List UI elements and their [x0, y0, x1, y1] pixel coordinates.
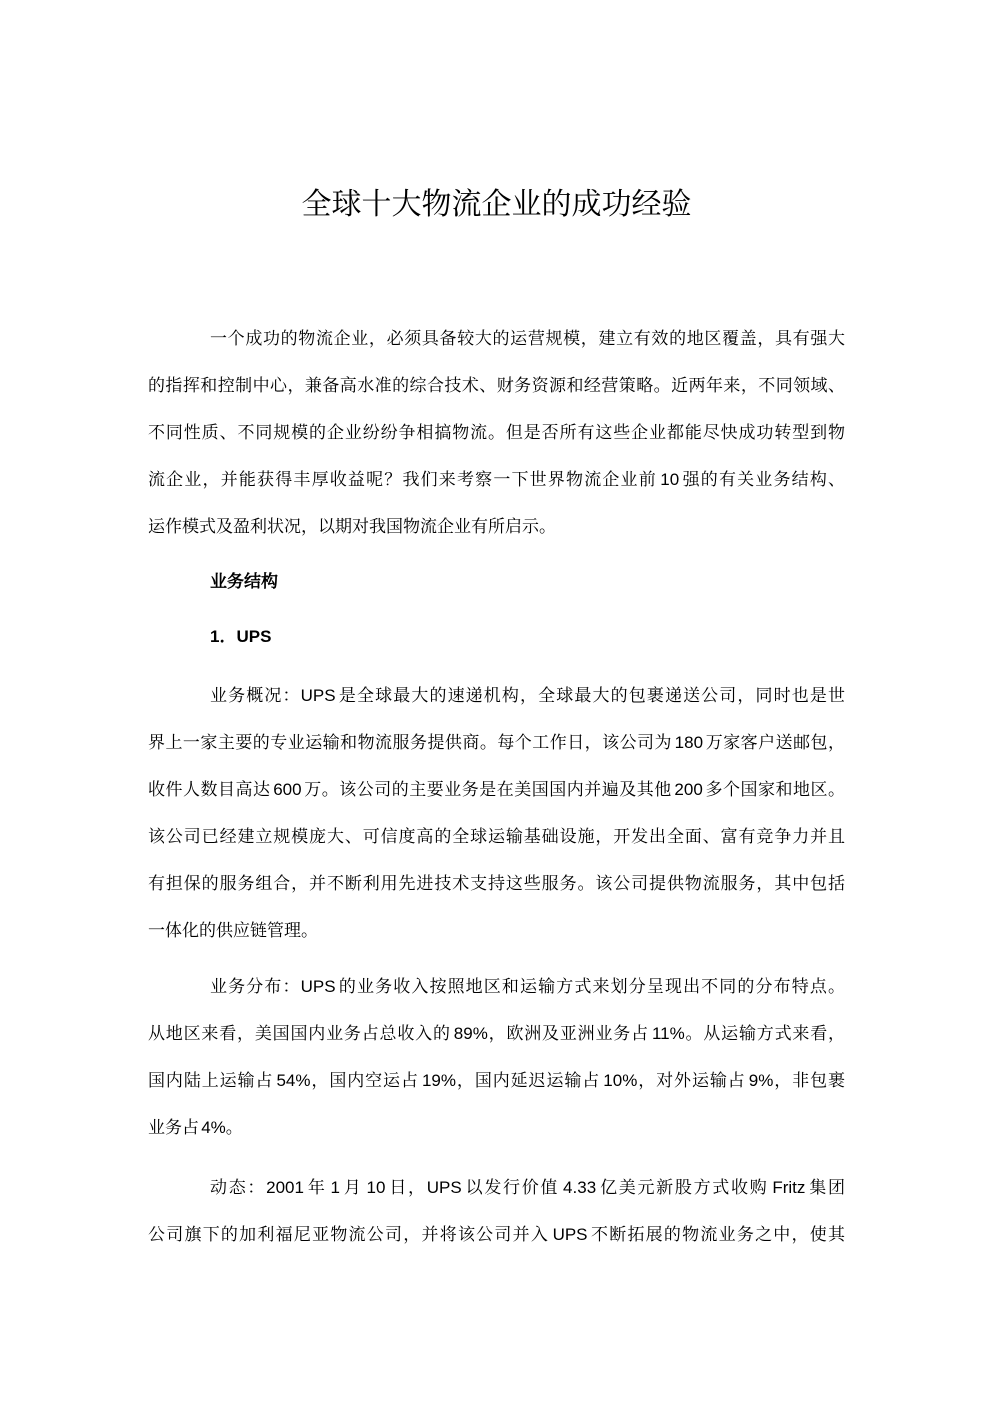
text-line: 国内陆上运输占 54%，国内空运占 19%，国内延迟运输占 10%，对外运输占 … [148, 1057, 845, 1104]
text-line: 业务占 4%。 [148, 1104, 845, 1151]
text-line: 从地区来看，美国国内业务占总收入的 89%，欧洲及亚洲业务占 11%。从运输方式… [148, 1010, 845, 1057]
section-heading: 业务结构 [148, 558, 845, 605]
document-content: 全球十大物流企业的成功经验 一个成功的物流企业，必须具备较大的运营规模，建立有效… [0, 0, 993, 1258]
text-line: 业务分布：UPS 的业务收入按照地区和运输方式来划分呈现出不同的分布特点。 [148, 963, 845, 1010]
section-heading: 1．UPS [148, 613, 845, 660]
text-line: 动态：2001 年 1 月 10 日，UPS 以发行价值 4.33 亿美元新股方… [148, 1164, 845, 1211]
paragraph: 业务概况：UPS 是全球最大的速递机构，全球最大的包裹递送公司，同时也是世界上一… [148, 672, 845, 954]
text-line: 一体化的供应链管理。 [148, 907, 845, 954]
text-line: 流企业，并能获得丰厚收益呢？我们来考察一下世界物流企业前 10 强的有关业务结构… [148, 456, 845, 503]
text-line: 不同性质、不同规模的企业纷纷争相搞物流。但是否所有这些企业都能尽快成功转型到物 [148, 409, 845, 456]
text-line: 有担保的服务组合，并不断利用先进技术支持这些服务。该公司提供物流服务，其中包括 [148, 860, 845, 907]
text-line: 业务概况：UPS 是全球最大的速递机构，全球最大的包裹递送公司，同时也是世 [148, 672, 845, 719]
text-line: 该公司已经建立规模庞大、可信度高的全球运输基础设施，开发出全面、富有竞争力并且 [148, 813, 845, 860]
paragraph: 业务分布：UPS 的业务收入按照地区和运输方式来划分呈现出不同的分布特点。从地区… [148, 963, 845, 1151]
text-line: 收件人数目高达 600 万。该公司的主要业务是在美国国内并遍及其他 200 多个… [148, 766, 845, 813]
paragraph: 动态：2001 年 1 月 10 日，UPS 以发行价值 4.33 亿美元新股方… [148, 1164, 845, 1258]
document-page: 全球十大物流企业的成功经验 一个成功的物流企业，必须具备较大的运营规模，建立有效… [0, 0, 993, 1404]
document-blocks: 一个成功的物流企业，必须具备较大的运营规模，建立有效的地区覆盖，具有强大的指挥和… [148, 315, 845, 1258]
text-line: 运作模式及盈利状况，以期对我国物流企业有所启示。 [148, 503, 845, 550]
text-line: 一个成功的物流企业，必须具备较大的运营规模，建立有效的地区覆盖，具有强大 [148, 315, 845, 362]
text-line: 界上一家主要的专业运输和物流服务提供商。每个工作日，该公司为 180 万家客户送… [148, 719, 845, 766]
text-line: 的指挥和控制中心，兼备高水准的综合技术、财务资源和经营策略。近两年来，不同领域、 [148, 362, 845, 409]
paragraph: 一个成功的物流企业，必须具备较大的运营规模，建立有效的地区覆盖，具有强大的指挥和… [148, 315, 845, 550]
text-line: 公司旗下的加利福尼亚物流公司，并将该公司并入 UPS 不断拓展的物流业务之中，使… [148, 1211, 845, 1258]
document-title: 全球十大物流企业的成功经验 [148, 181, 845, 228]
